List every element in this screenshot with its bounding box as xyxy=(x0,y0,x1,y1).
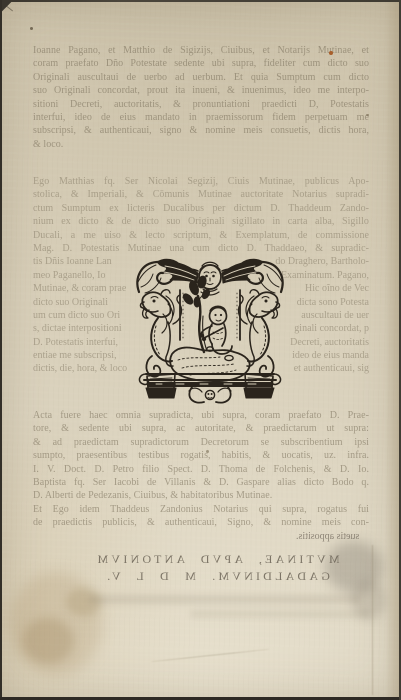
mound xyxy=(170,348,250,382)
colophon-imprint: MVTINAE, APVD ANTONIVM GADALDINVM. M D L… xyxy=(52,551,382,584)
scan-edge-top xyxy=(0,0,401,2)
ghost-line: & ad praedictam supradictorum Decretorum… xyxy=(33,436,369,449)
ghost-line: Originali auscultaui de uerbo ad uerbum.… xyxy=(33,71,369,84)
ghost-line: D. Alberti de Pedezanis, Ciuibus, & habi… xyxy=(33,489,369,502)
ghost-fragment: Decreti, auctoritatis xyxy=(290,336,369,349)
ghost-fragment: Examinatum. Pagano, xyxy=(281,269,369,282)
ghost-fragment: tis Dñis Ioanne Lan xyxy=(33,255,112,268)
stain-bottom-left-core xyxy=(22,618,74,664)
page-edge-shading xyxy=(385,0,399,700)
faint-ghost-band xyxy=(88,595,360,604)
ghost-line: Baptista fq. Ser Iacobi de Villanis & D.… xyxy=(33,476,369,489)
ghost-fragment: entiae me subscripsi, xyxy=(33,349,117,362)
lion-right-icon xyxy=(239,290,280,398)
crease-bottom xyxy=(150,649,269,663)
ink-speck xyxy=(366,114,369,116)
ghost-fragment: auscultaui de uer xyxy=(301,309,369,322)
ghost-fragment: meo Paganello, Io xyxy=(33,269,105,282)
ink-speck xyxy=(30,27,33,30)
ghost-line: interfui, ideo de eius mandato in praemi… xyxy=(33,111,369,124)
printer-device-woodcut xyxy=(132,256,288,404)
ghost-line: Ducali, a me uiso & lecto scriptum, & Ex… xyxy=(33,229,369,242)
ghost-line: nium ex dicto & de dicto suo Originali s… xyxy=(33,215,369,228)
ink-speck xyxy=(206,450,209,453)
ghost-line: de praedictis publicis, & authenticaui, … xyxy=(33,516,369,529)
ghost-fragment: dicta sono Potesta xyxy=(297,296,369,309)
sapling-tree xyxy=(181,275,211,352)
base-ornament-mask-icon xyxy=(189,387,231,403)
colophon-line-2: GADALDINVM. M D L V. xyxy=(52,568,382,585)
ghost-line: ctum Sumptum ex licteris Ducalibus per d… xyxy=(33,202,369,215)
ghost-line: I. V. Doct. D. Petro filio Spect. D. Tho… xyxy=(33,463,369,476)
stain-bottom-left xyxy=(10,572,102,676)
ghost-fragment: s, dictae interpositioni xyxy=(33,322,122,335)
ghost-line: tore, & sedente ubi supra, ac autoritate… xyxy=(33,422,369,435)
ghost-fragment: ideo de eius manda xyxy=(292,349,369,362)
ghost-line: Mag. D. Potestatis Mutinae una cum dicto… xyxy=(33,242,369,255)
ghost-line: & loco. xyxy=(33,138,369,151)
ghost-fragment: D. Potestatis interfui, xyxy=(33,336,118,349)
cherub-head-icon xyxy=(159,262,261,295)
ghost-trailing-fragment: suetis appositis. xyxy=(296,530,359,543)
ghost-fragment: do Draghero, Bartholo- xyxy=(275,255,369,268)
stain-bottom-left-small xyxy=(66,588,102,616)
ghost-fragment: dictis, die, hora, & loco xyxy=(33,362,127,375)
ghost-fragment: um cum dicto suo Ori xyxy=(33,309,120,322)
ghost-fragment: et authenticaui, sig xyxy=(294,362,369,375)
ghost-line: stolica, & Imperiali, & Cōmunis Mutinae … xyxy=(33,188,369,201)
ghost-fragment: ginali concordat, p xyxy=(294,322,369,335)
scan-edge-left xyxy=(0,0,2,700)
smudge-right-lower xyxy=(352,580,386,620)
ghost-line: suo Originali concordat, prout ita inuen… xyxy=(33,84,369,97)
colophon-line-1: MVTINAE, APVD ANTONIVM xyxy=(52,551,382,568)
ghost-text-block-top: Ioanne Pagano, et Matthio de Sigizijs, C… xyxy=(33,44,369,151)
ghost-fragment: Hic oĩno de Vec xyxy=(305,282,369,295)
ghost-fragment: dicto suo Originali xyxy=(33,296,108,309)
ghost-fragment: Mutinae, & coram prae xyxy=(33,282,126,295)
lion-left-icon xyxy=(140,290,181,398)
ghost-line: sitioni Decreti, auctoritatis, & pronunt… xyxy=(33,98,369,111)
ghost-line: Acta fuere haec omnia supradicta, ubi su… xyxy=(33,409,369,422)
ghost-line: subscripsi, & authenticaui, signo & nomi… xyxy=(33,124,369,137)
ink-speck-orange xyxy=(329,51,333,55)
ghost-line: coram praefato Dño Potestate sedente ubi… xyxy=(33,57,369,70)
ghost-line: Ioanne Pagano, et Matthio de Sigizijs, C… xyxy=(33,44,369,57)
ghost-line: Et Ego idem Thaddeus Zandonius Notarius … xyxy=(33,503,369,516)
faint-ghost-band xyxy=(190,610,370,618)
ghost-text-block-bottom: Acta fuere haec omnia supradicta, ubi su… xyxy=(33,409,369,530)
scanned-book-page: Ioanne Pagano, et Matthio de Sigizijs, C… xyxy=(0,0,401,700)
ghost-line: sumpto, praesentibus testibus rogatis, h… xyxy=(33,449,369,462)
ghost-line: Ego Matthias fq. Ser Nicolai Segizij, Ci… xyxy=(33,175,369,188)
